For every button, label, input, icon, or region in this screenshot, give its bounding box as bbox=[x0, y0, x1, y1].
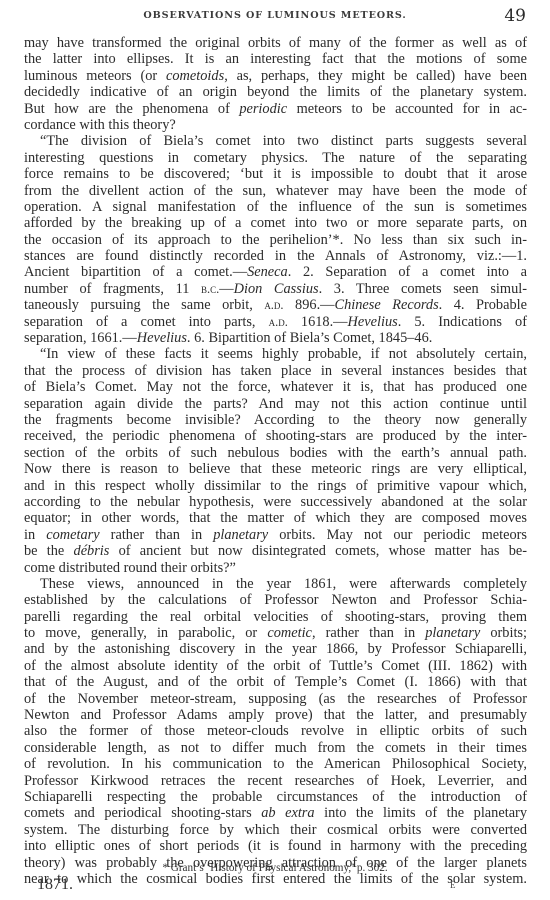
text-line: But how are the phenomena of periodic me… bbox=[24, 101, 527, 117]
text-segment: of the almost absolute identity of the o… bbox=[24, 658, 527, 674]
text-segment: that the process of division has taken p… bbox=[24, 363, 527, 379]
text-segment: . 3. Three comets seen simul- bbox=[319, 281, 527, 297]
text-line: into elliptic ones of short periods (it … bbox=[24, 838, 527, 854]
text-segment: 896.— bbox=[284, 297, 335, 313]
text-line: of Biela’s Comet. May not the force, wha… bbox=[24, 379, 527, 395]
text-segment: luminous meteors (or bbox=[24, 68, 166, 84]
text-segment: to move, generally, in parabolic, or bbox=[24, 625, 267, 641]
running-title: OBSERVATIONS OF LUMINOUS METEORS. bbox=[24, 10, 526, 21]
text-line: force remains to be discovered; ‘but it … bbox=[24, 166, 527, 182]
text-segment: and in this respect wholly dissimilar to… bbox=[24, 478, 527, 494]
text-segment: according to the nebular hypothesis, wer… bbox=[24, 494, 527, 510]
text-segment: — bbox=[219, 281, 233, 297]
italic-text: cometary bbox=[46, 527, 99, 543]
text-segment: Now there is reason to believe that thes… bbox=[24, 461, 527, 477]
text-line: Schiaparelli respecting the probable cir… bbox=[24, 789, 527, 805]
text-line: cordance with this theory? bbox=[24, 117, 527, 133]
text-segment: meteors to be accounted for in ac- bbox=[287, 101, 527, 117]
text-line: to move, generally, in parabolic, or com… bbox=[24, 625, 527, 641]
text-segment: equator; in other words, that the matter… bbox=[24, 510, 527, 526]
text-line: Professor Kirkwood retraces the recent r… bbox=[24, 773, 527, 789]
text-line: the fragments become invisible? Accordin… bbox=[24, 412, 527, 428]
page-number: 49 bbox=[504, 6, 526, 26]
text-line: separation, 1661.—Hevelius. 6. Bipartiti… bbox=[24, 330, 527, 346]
text-segment: Ancient bipartition of a comet.— bbox=[24, 264, 247, 280]
text-line: considerable length, as not to differ mu… bbox=[24, 740, 527, 756]
italic-text: cometic bbox=[267, 625, 312, 641]
text-segment: section of the orbits of such nebulous b… bbox=[24, 445, 527, 461]
text-segment: But how are the phenomena of bbox=[24, 101, 239, 117]
text-segment: “In view of these facts it seems highly … bbox=[40, 346, 527, 362]
text-line: Now there is reason to believe that thes… bbox=[24, 461, 527, 477]
italic-text: periodic bbox=[239, 101, 287, 117]
text-segment: orbits; bbox=[480, 625, 527, 641]
text-segment: stances are found distinctly recorded in… bbox=[24, 248, 527, 264]
text-line: afforded by the breaking up of a comet i… bbox=[24, 215, 527, 231]
small-caps-text: a.d. bbox=[269, 315, 288, 329]
text-segment: . 6. Bipartition of Biela’s Comet, 1845–… bbox=[187, 330, 432, 346]
text-line: from the divellent action of the sun, wh… bbox=[24, 183, 527, 199]
text-line: interesting questions in cometary physic… bbox=[24, 150, 527, 166]
signature-mark: E bbox=[450, 880, 456, 890]
text-segment: of Biela’s Comet. May not the force, wha… bbox=[24, 379, 527, 395]
text-segment: interesting questions in cometary physic… bbox=[24, 150, 527, 166]
text-line: come distributed round their orbits?” bbox=[24, 560, 527, 576]
text-line: stances are found distinctly recorded in… bbox=[24, 248, 527, 264]
text-segment: of the November meteor-stream, supposing… bbox=[24, 691, 527, 707]
text-segment: the latter into ellipses. It is an inter… bbox=[24, 51, 527, 67]
text-segment: , rather than in bbox=[312, 625, 425, 641]
text-segment: and by the astonishing discovery in the … bbox=[24, 641, 527, 657]
text-line: according to the nebular hypothesis, wer… bbox=[24, 494, 527, 510]
text-segment: parelli regarding the real orbital veloc… bbox=[24, 609, 527, 625]
footer-year: 1871. bbox=[37, 876, 73, 894]
text-segment: the fragments become invisible? Accordin… bbox=[24, 412, 527, 428]
text-line: “In view of these facts it seems highly … bbox=[24, 346, 527, 362]
text-segment: force remains to be discovered; ‘but it … bbox=[24, 166, 527, 182]
text-segment: . 4. Probable bbox=[439, 297, 527, 313]
italic-text: Hevelius bbox=[137, 330, 187, 346]
small-caps-text: b.c. bbox=[201, 282, 219, 296]
text-line: Newton and Professor Adams amply prove) … bbox=[24, 707, 527, 723]
text-line: “The division of Biela’s comet into two … bbox=[24, 133, 527, 149]
text-line: be the débris of ancient but now disinte… bbox=[24, 543, 527, 559]
text-segment: taneously pursuing the same orbit, bbox=[24, 297, 264, 313]
book-page: OBSERVATIONS OF LUMINOUS METEORS. 49 may… bbox=[0, 0, 550, 900]
italic-text: cometoids bbox=[166, 68, 224, 84]
text-line: and by the astonishing discovery in the … bbox=[24, 641, 527, 657]
text-segment: into elliptic ones of short periods (it … bbox=[24, 838, 527, 854]
italic-text: ab extra bbox=[261, 805, 314, 821]
italic-text: débris bbox=[74, 543, 110, 559]
text-segment: . 5. Indications of bbox=[398, 314, 527, 330]
text-segment: come distributed round their orbits?” bbox=[24, 560, 236, 576]
text-segment: afforded by the breaking up of a comet i… bbox=[24, 215, 527, 231]
text-segment: , as, perhaps, they might be called) hav… bbox=[224, 68, 527, 84]
text-line: equator; in other words, that the matter… bbox=[24, 510, 527, 526]
text-segment: in bbox=[24, 527, 46, 543]
text-segment: comets and periodical shooting-stars bbox=[24, 805, 261, 821]
italic-text: Dion Cassius bbox=[234, 281, 319, 297]
text-segment: into the limits of the planetary bbox=[315, 805, 527, 821]
text-line: also the former of those meteor-clouds r… bbox=[24, 723, 527, 739]
text-segment: received, the periodic phenomena of shoo… bbox=[24, 428, 527, 444]
text-line: comets and periodical shooting-stars ab … bbox=[24, 805, 527, 821]
text-segment: separation again divide the parts? And m… bbox=[24, 396, 527, 412]
text-segment: cordance with this theory? bbox=[24, 117, 176, 133]
text-line: in cometary rather than in planetary orb… bbox=[24, 527, 527, 543]
running-head: OBSERVATIONS OF LUMINOUS METEORS. 49 bbox=[24, 8, 526, 26]
text-line: established by the calculations of Profe… bbox=[24, 592, 527, 608]
text-segment: 1618.— bbox=[288, 314, 348, 330]
italic-text: planetary bbox=[213, 527, 268, 543]
text-segment: decidedly indicative of an origin beyond… bbox=[24, 84, 527, 100]
text-line: operation. A signal manifestation of the… bbox=[24, 199, 527, 215]
text-line: of revolution. In his communication to t… bbox=[24, 756, 527, 772]
text-line: decidedly indicative of an origin beyond… bbox=[24, 84, 527, 100]
text-segment: operation. A signal manifestation of the… bbox=[24, 199, 527, 215]
text-line: that the process of division has taken p… bbox=[24, 363, 527, 379]
text-line: received, the periodic phenomena of shoo… bbox=[24, 428, 527, 444]
text-segment: rather than in bbox=[100, 527, 214, 543]
text-segment: Professor Kirkwood retraces the recent r… bbox=[24, 773, 527, 789]
text-segment: orbits. May not our periodic meteors bbox=[268, 527, 527, 543]
text-segment: that of the August, and of the orbit of … bbox=[24, 674, 527, 690]
body-text: may have transformed the original orbits… bbox=[24, 35, 527, 887]
text-line: parelli regarding the real orbital veloc… bbox=[24, 609, 527, 625]
text-segment: number of fragments, 11 bbox=[24, 281, 201, 297]
text-line: luminous meteors (or cometoids, as, perh… bbox=[24, 68, 527, 84]
footnote: * Grant’s ‘History of Physical Astronomy… bbox=[0, 862, 550, 874]
text-segment: may have transformed the original orbits… bbox=[24, 35, 527, 51]
small-caps-text: a.d. bbox=[264, 298, 283, 312]
text-line: of the almost absolute identity of the o… bbox=[24, 658, 527, 674]
italic-text: Hevelius bbox=[348, 314, 398, 330]
text-segment: established by the calculations of Profe… bbox=[24, 592, 527, 608]
italic-text: Seneca bbox=[247, 264, 288, 280]
italic-text: planetary bbox=[425, 625, 480, 641]
text-segment: These views, announced in the year 1861,… bbox=[40, 576, 527, 592]
text-line: number of fragments, 11 b.c.—Dion Cassiu… bbox=[24, 281, 527, 297]
text-segment: also the former of those meteor-clouds r… bbox=[24, 723, 527, 739]
text-segment: from the divellent action of the sun, wh… bbox=[24, 183, 527, 199]
text-line: separation again divide the parts? And m… bbox=[24, 396, 527, 412]
text-line: section of the orbits of such nebulous b… bbox=[24, 445, 527, 461]
text-line: These views, announced in the year 1861,… bbox=[24, 576, 527, 592]
text-segment: “The division of Biela’s comet into two … bbox=[40, 133, 527, 149]
text-segment: separation of a comet into parts, bbox=[24, 314, 269, 330]
text-segment: separation, 1661.— bbox=[24, 330, 137, 346]
text-segment: of ancient but now disintegrated comets,… bbox=[109, 543, 527, 559]
text-line: Ancient bipartition of a comet.—Seneca. … bbox=[24, 264, 527, 280]
text-line: the latter into ellipses. It is an inter… bbox=[24, 51, 527, 67]
text-line: and in this respect wholly dissimilar to… bbox=[24, 478, 527, 494]
text-segment: Newton and Professor Adams amply prove) … bbox=[24, 707, 527, 723]
text-line: may have transformed the original orbits… bbox=[24, 35, 527, 51]
text-segment: . 2. Separation of a comet into a bbox=[288, 264, 527, 280]
text-line: that of the August, and of the orbit of … bbox=[24, 674, 527, 690]
text-segment: of revolution. In his communication to t… bbox=[24, 756, 527, 772]
text-line: separation of a comet into parts, a.d. 1… bbox=[24, 314, 527, 330]
text-line: of the November meteor-stream, supposing… bbox=[24, 691, 527, 707]
text-segment: the occasion of its approach to the peri… bbox=[24, 232, 527, 248]
text-line: the occasion of its approach to the peri… bbox=[24, 232, 527, 248]
text-segment: Schiaparelli respecting the probable cir… bbox=[24, 789, 527, 805]
text-line: taneously pursuing the same orbit, a.d. … bbox=[24, 297, 527, 313]
text-segment: system. The disturbing force by which th… bbox=[24, 822, 527, 838]
text-segment: considerable length, as not to differ mu… bbox=[24, 740, 527, 756]
text-line: system. The disturbing force by which th… bbox=[24, 822, 527, 838]
text-segment: be the bbox=[24, 543, 74, 559]
italic-text: Chinese Records bbox=[335, 297, 439, 313]
